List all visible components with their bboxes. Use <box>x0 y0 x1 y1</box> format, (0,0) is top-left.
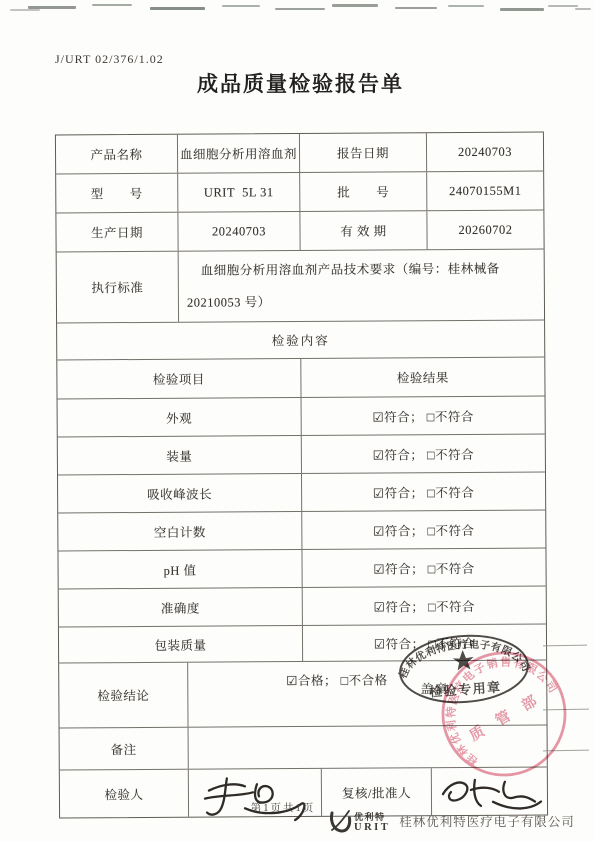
page-title: 成品质量检验报告单 <box>57 68 544 98</box>
report-date-value: 20240703 <box>426 133 543 172</box>
row-model: 型 号 URIT 5L 31 批 号 24070155M1 <box>56 171 543 213</box>
report-table: 产品名称 血细胞分析用溶血剂 报告日期 20240703 型 号 URIT 5L… <box>55 132 548 819</box>
standard-value: 血细胞分析用溶血剂产品技术要求（编号：桂林械备 20210053 号） <box>178 250 544 322</box>
footer-company-name: 桂林优利特医疗电子有限公司 <box>399 811 575 833</box>
expiry-date-label: 有 效 期 <box>299 211 426 250</box>
row-conclusion: 检验结论 ☑合格； □不合格 盖章 <box>59 660 546 728</box>
conclusion-label: 检验结论 <box>59 663 187 728</box>
product-name-label: 产品名称 <box>56 135 177 174</box>
report-page: J/URT 02/376/1.02 成品质量检验报告单 产品名称 血细胞分析用溶… <box>0 0 595 842</box>
logo-en: URIT <box>354 823 390 834</box>
inspection-item-result: ☑符合； □不符合 <box>302 587 546 625</box>
row-product-name: 产品名称 血细胞分析用溶血剂 报告日期 20240703 <box>56 133 543 174</box>
stamp-here-label: 盖章 <box>420 679 449 697</box>
report-date-label: 报告日期 <box>299 133 426 172</box>
row-column-headers: 检验项目 检验结果 <box>57 357 544 399</box>
standard-line2: 20210053 号） <box>187 289 271 316</box>
conclusion-value-cell: ☑合格； □不合格 盖章 <box>187 661 546 727</box>
row-section-header: 检验内容 <box>57 320 544 360</box>
batch-no-label: 批 号 <box>299 172 426 211</box>
conclusion-result: ☑合格； □不合格 <box>286 670 387 689</box>
inspection-row-absorption-peak: 吸收峰波长 ☑符合； □不符合 <box>58 472 545 513</box>
production-date-value: 20240703 <box>177 212 299 251</box>
inspection-item-name: 外观 <box>58 398 301 436</box>
inspection-row-packaging: 包装质量 ☑符合； □不符合 <box>59 624 546 663</box>
inspection-row-blank-count: 空白计数 ☑符合； □不符合 <box>58 510 545 551</box>
inspection-item-result: ☑符合； □不符合 <box>301 473 545 511</box>
inspection-item-result: ☑符合； □不符合 <box>301 511 545 549</box>
logo-cn: 优利特 <box>354 813 390 822</box>
inspection-item-name: 吸收峰波长 <box>58 474 301 512</box>
standard-line1: 血细胞分析用溶血剂产品技术要求（编号：桂林械备 <box>187 256 500 284</box>
inspection-item-result: ☑符合； □不符合 <box>302 625 546 661</box>
inspection-row-accuracy: 准确度 ☑符合； □不符合 <box>59 586 546 627</box>
inspection-item-name: pH 值 <box>58 550 301 588</box>
model-label: 型 号 <box>56 174 177 213</box>
inspection-item-name: 准确度 <box>59 588 302 626</box>
remarks-label: 备注 <box>60 728 188 770</box>
row-production-date: 生产日期 20240703 有 效 期 20260702 <box>56 210 543 252</box>
col-item-header: 检验项目 <box>57 359 300 398</box>
inspection-row-appearance: 外观 ☑符合； □不符合 <box>58 396 545 437</box>
production-date-label: 生产日期 <box>56 213 177 252</box>
inspection-row-fill-volume: 装量 ☑符合； □不符合 <box>58 434 545 475</box>
inspection-item-result: ☑符合； □不符合 <box>301 435 545 473</box>
batch-no-value: 24070155M1 <box>426 172 543 211</box>
inspection-item-result: ☑符合； □不符合 <box>301 549 545 587</box>
expiry-date-value: 20260702 <box>426 211 543 250</box>
product-name-value: 血细胞分析用溶血剂 <box>177 134 299 173</box>
urit-logo-text: 优利特 URIT <box>354 813 390 834</box>
model-value: URIT 5L 31 <box>177 173 299 212</box>
table-line-extension <box>543 750 589 752</box>
remarks-value <box>188 726 547 769</box>
urit-logo-icon <box>328 808 352 833</box>
inspection-item-result: ☑符合； □不符合 <box>301 397 545 435</box>
inspection-row-ph: pH 值 ☑符合； □不符合 <box>58 548 545 589</box>
inspection-item-name: 包装质量 <box>59 626 302 662</box>
col-result-header: 检验结果 <box>300 358 544 397</box>
inspection-item-name: 装量 <box>58 436 301 474</box>
table-line-extension <box>543 709 589 711</box>
standard-label: 执行标准 <box>57 252 178 323</box>
table-line-extension <box>543 645 587 647</box>
row-remarks: 备注 <box>60 725 547 770</box>
inspection-item-name: 空白计数 <box>58 512 301 550</box>
footer-logo-block: 优利特 URIT 桂林优利特医疗电子有限公司 <box>328 808 575 833</box>
document-code: J/URT 02/376/1.02 <box>55 52 164 67</box>
row-standard: 执行标准 血细胞分析用溶血剂产品技术要求（编号：桂林械备 20210053 号） <box>57 249 544 323</box>
section-title: 检验内容 <box>57 321 544 360</box>
